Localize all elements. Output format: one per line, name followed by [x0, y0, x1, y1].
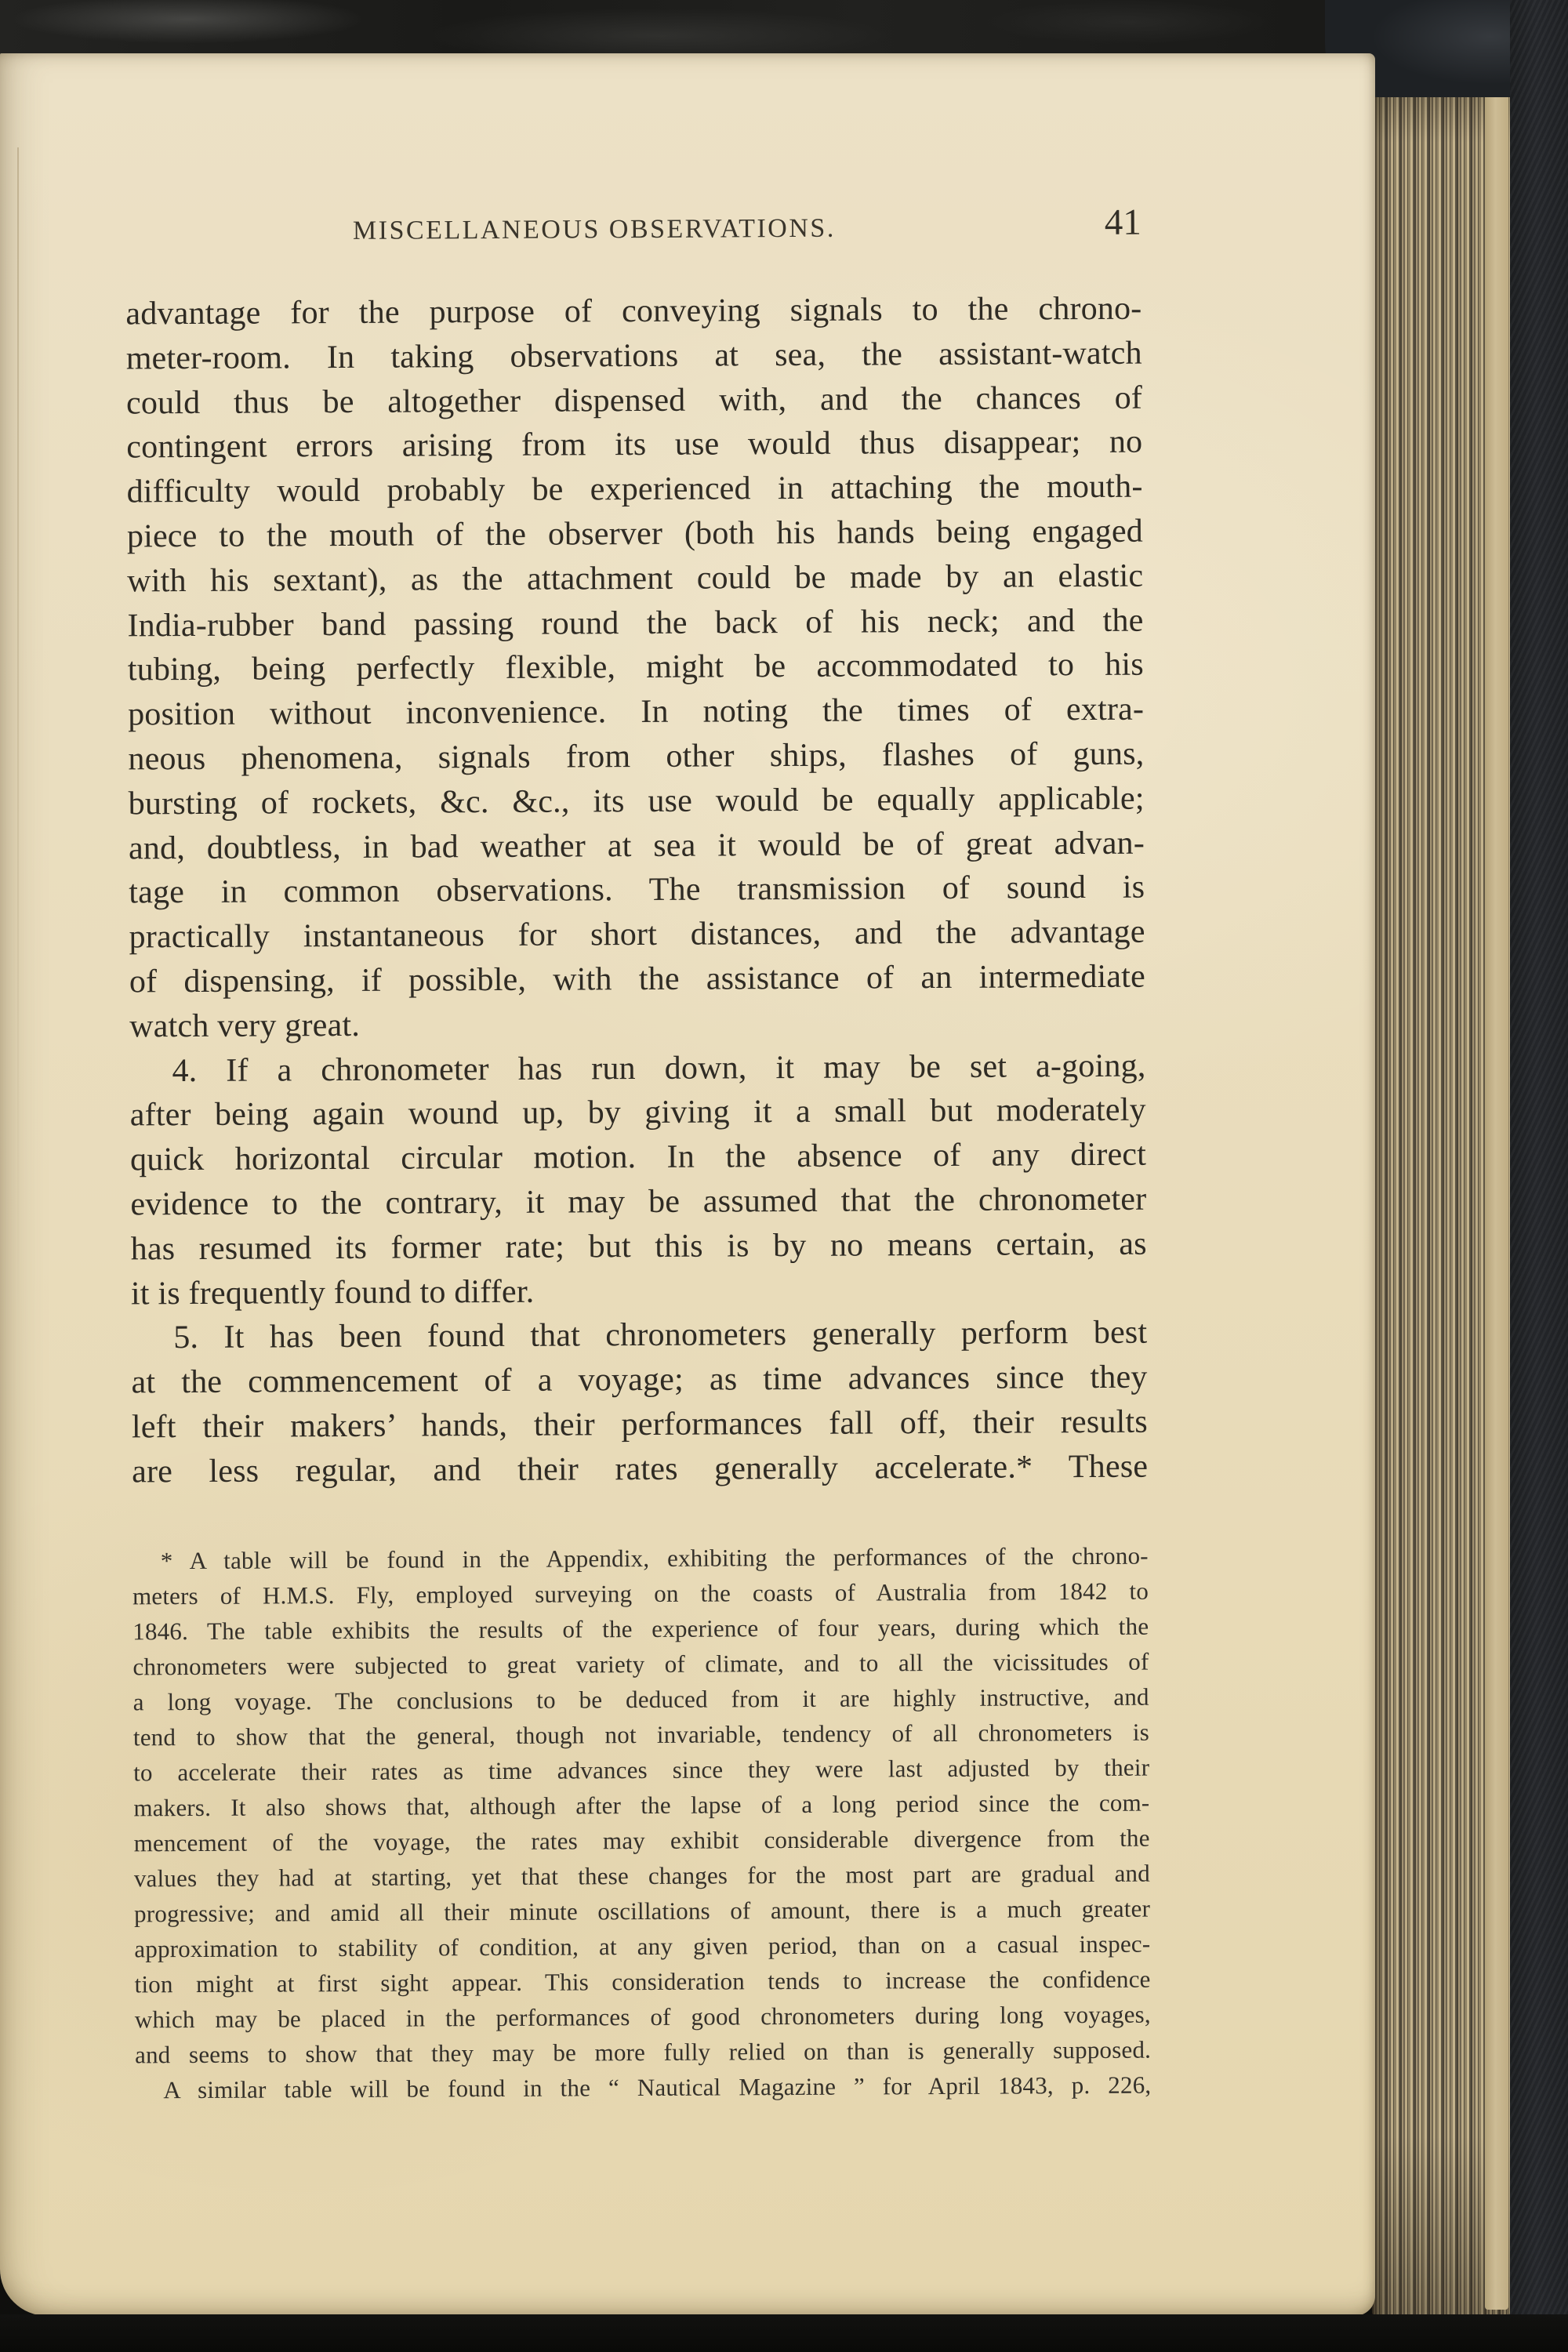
- text-line: advantage for the purpose of conveying s…: [125, 287, 1142, 337]
- text-line: meter-room. In taking observations at se…: [126, 331, 1142, 381]
- text-line: contingent errors arising from its use w…: [126, 420, 1142, 470]
- book-fore-edge: [1372, 88, 1512, 2314]
- text-line: tubing, being perfectly flexible, might …: [128, 643, 1144, 693]
- text-line: it is frequently found to differ.: [131, 1266, 1147, 1316]
- text-line: mencement of the voyage, the rates may e…: [134, 1820, 1150, 1861]
- text-line: piece to the mouth of the observer (both…: [127, 510, 1143, 560]
- page-text-layer: MISCELLANEOUS OBSERVATIONS. 41 advantage…: [0, 49, 1382, 2319]
- text-line: tion might at first sight appear. This c…: [134, 1962, 1150, 2002]
- text-line: position without inconvenience. In notin…: [128, 688, 1144, 738]
- text-line: to accelerate their rates as time advanc…: [133, 1750, 1149, 1791]
- text-line: could thus be altogether dispensed with,…: [126, 376, 1142, 426]
- text-line: tend to show that the general, though no…: [133, 1715, 1149, 1755]
- text-line: progressive; and amid all their minute o…: [134, 1891, 1150, 1932]
- text-line: A similar table will be found in the “ N…: [135, 2067, 1151, 2108]
- book-cover-right-edge: [1510, 0, 1568, 2352]
- text-line: at the commencement of a voyage; as time…: [131, 1356, 1147, 1406]
- text-line: watch very great.: [129, 999, 1145, 1049]
- text-line: of dispensing, if possible, with the ass…: [129, 955, 1145, 1005]
- text-line: evidence to the contrary, it may be assu…: [130, 1178, 1146, 1228]
- text-line: approximation to stability of condition,…: [134, 1926, 1150, 1967]
- text-line: with his sextant), as the attachment cou…: [127, 554, 1143, 604]
- text-line: and seems to show that they may be more …: [135, 2032, 1151, 2073]
- body-text: advantage for the purpose of conveying s…: [125, 287, 1148, 1494]
- page-number: 41: [1105, 201, 1142, 244]
- text-line: * A table will be found in the Appendix,…: [132, 1538, 1149, 1579]
- text-line: makers. It also shows that, although aft…: [133, 1785, 1149, 1826]
- text-line: meters of H.M.S. Fly, employed surveying…: [132, 1573, 1149, 1614]
- fore-edge-last-leaf: [1485, 94, 1508, 2310]
- running-header: MISCELLANEOUS OBSERVATIONS. 41: [125, 212, 1142, 248]
- text-line: practically instantaneous for short dist…: [129, 910, 1145, 960]
- text-line: quick horizontal circular motion. In the…: [130, 1133, 1146, 1183]
- text-line: bursting of rockets, &c. &c., its use wo…: [129, 776, 1145, 826]
- text-line: tage in common observations. The transmi…: [129, 866, 1145, 916]
- text-line: 1846. The table exhibits the results of …: [132, 1609, 1149, 1650]
- text-line: after being again wound up, by giving it…: [130, 1088, 1146, 1138]
- book-cover-bottom-edge: [0, 2314, 1568, 2352]
- text-line: has resumed its former rate; but this is…: [131, 1221, 1147, 1272]
- text-line: and, doubtless, in bad weather at sea it…: [129, 821, 1145, 871]
- book-page: MISCELLANEOUS OBSERVATIONS. 41 advantage…: [0, 53, 1375, 2316]
- text-line: are less regular, and their rates genera…: [132, 1444, 1148, 1494]
- text-line: 5. It has been found that chronometers g…: [131, 1311, 1147, 1361]
- page-title: MISCELLANEOUS OBSERVATIONS.: [86, 212, 1102, 248]
- text-line: a long voyage. The conclusions to be ded…: [133, 1679, 1149, 1720]
- text-line: difficulty would probably be experienced…: [126, 465, 1142, 515]
- text-line: left their makers’ hands, their performa…: [132, 1400, 1148, 1450]
- text-line: chronometers were subjected to great var…: [132, 1644, 1149, 1685]
- text-line: 4. If a chronometer has run down, it may…: [129, 1044, 1145, 1094]
- text-line: values they had at starting, yet that th…: [134, 1856, 1150, 1896]
- scanned-book-page-photo: MISCELLANEOUS OBSERVATIONS. 41 advantage…: [0, 0, 1568, 2352]
- text-line: neous phenomena, signals from other ship…: [128, 732, 1144, 782]
- footnote-text: * A table will be found in the Appendix,…: [132, 1538, 1152, 2108]
- text-line: India-rubber band passing round the back…: [127, 598, 1143, 648]
- text-line: which may be placed in the performances …: [135, 1997, 1151, 2038]
